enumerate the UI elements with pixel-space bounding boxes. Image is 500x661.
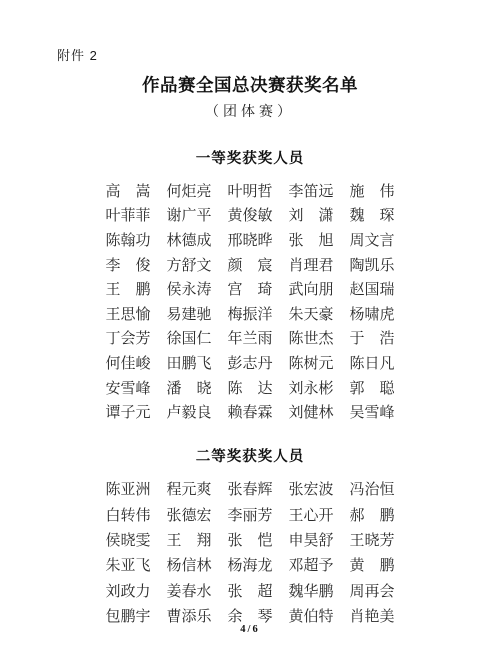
winner-name: 张宏波 bbox=[289, 478, 334, 499]
name-row: 陈翰功林德成邢晓晔张 旭周文言 bbox=[0, 227, 500, 252]
section-heading: 二等奖获奖人员 bbox=[0, 445, 500, 466]
winner-name: 陈翰功 bbox=[106, 229, 151, 250]
winner-name: 张春辉 bbox=[228, 478, 273, 499]
winner-name: 安雪峰 bbox=[106, 377, 151, 398]
winner-name: 林德成 bbox=[167, 229, 212, 250]
winner-name: 何佳峻 bbox=[106, 352, 151, 373]
winner-name: 张 旭 bbox=[289, 229, 334, 250]
winner-name: 易建驰 bbox=[167, 303, 212, 324]
name-row: 王思愉易建驰梅振洋朱天豪杨啸虎 bbox=[0, 301, 500, 326]
winner-name: 王 翔 bbox=[167, 529, 212, 550]
winner-name: 杨海龙 bbox=[228, 554, 273, 575]
winner-name: 陈树元 bbox=[289, 352, 334, 373]
winner-name: 何炬亮 bbox=[167, 180, 212, 201]
winner-name: 肖理君 bbox=[289, 254, 334, 275]
winner-name: 方舒文 bbox=[167, 254, 212, 275]
name-row: 陈亚洲程元爽张春辉张宏波冯治恒 bbox=[0, 476, 500, 501]
name-row: 李 俊方舒文颜 宸肖理君陶凯乐 bbox=[0, 252, 500, 277]
winner-name: 陈日凡 bbox=[350, 352, 395, 373]
winner-name: 王心开 bbox=[289, 504, 334, 525]
winner-name: 申昊舒 bbox=[289, 529, 334, 550]
winner-name: 黄伯特 bbox=[289, 605, 334, 626]
winner-name: 张德宏 bbox=[167, 504, 212, 525]
winner-name: 朱亚飞 bbox=[106, 554, 151, 575]
page-subtitle: （团体赛） bbox=[0, 101, 500, 121]
winner-name: 刘永彬 bbox=[289, 377, 334, 398]
winner-name: 张 超 bbox=[228, 580, 273, 601]
page-number: 4/6 bbox=[0, 624, 500, 635]
winner-name: 曹添乐 bbox=[167, 605, 212, 626]
winner-name: 陈 达 bbox=[228, 377, 273, 398]
page-title: 作品赛全国总决赛获奖名单 bbox=[0, 72, 500, 97]
winner-name: 程元爽 bbox=[167, 478, 212, 499]
award-section: 二等奖获奖人员陈亚洲程元爽张春辉张宏波冯治恒白转伟张德宏李丽芳王心开郝 鹏侯晓雯… bbox=[0, 445, 500, 628]
winner-name: 卢毅良 bbox=[167, 401, 212, 422]
name-row: 高 嵩何炬亮叶明哲李笛远施 伟 bbox=[0, 178, 500, 203]
name-row: 刘政力姜春水张 超魏华鹏周再会 bbox=[0, 578, 500, 603]
winner-name: 姜春水 bbox=[167, 580, 212, 601]
name-row: 叶菲菲谢广平黄俊敏刘 潇魏 琛 bbox=[0, 203, 500, 228]
winner-name: 包鹏宇 bbox=[106, 605, 151, 626]
winner-name: 徐国仁 bbox=[167, 327, 212, 348]
winner-name: 梅振洋 bbox=[228, 303, 273, 324]
name-row: 何佳峻田鹏飞彭志丹陈树元陈日凡 bbox=[0, 350, 500, 375]
name-row: 安雪峰潘 晓陈 达刘永彬郭 聪 bbox=[0, 375, 500, 400]
winner-name: 余 琴 bbox=[228, 605, 273, 626]
name-row: 侯晓雯王 翔张 恺申昊舒王晓芳 bbox=[0, 527, 500, 552]
winner-name: 李丽芳 bbox=[228, 504, 273, 525]
winner-name: 肖艳美 bbox=[350, 605, 395, 626]
document-page: 附件 2 作品赛全国总决赛获奖名单 （团体赛） 一等奖获奖人员高 嵩何炬亮叶明哲… bbox=[0, 0, 500, 661]
winner-name: 刘 潇 bbox=[289, 204, 334, 225]
winner-name: 陈亚洲 bbox=[106, 478, 151, 499]
name-row: 朱亚飞杨信林杨海龙邓超予黄 鹏 bbox=[0, 552, 500, 577]
award-sections: 一等奖获奖人员高 嵩何炬亮叶明哲李笛远施 伟叶菲菲谢广平黄俊敏刘 潇魏 琛陈翰功… bbox=[0, 147, 500, 628]
winner-name: 吴雪峰 bbox=[350, 401, 395, 422]
winner-name: 杨啸虎 bbox=[350, 303, 395, 324]
winner-name: 周文言 bbox=[350, 229, 395, 250]
winner-name: 谢广平 bbox=[167, 204, 212, 225]
winner-name: 刘政力 bbox=[106, 580, 151, 601]
winner-name: 朱天豪 bbox=[289, 303, 334, 324]
winner-name: 郭 聪 bbox=[350, 377, 395, 398]
winner-name: 魏华鹏 bbox=[289, 580, 334, 601]
winner-name: 颜 宸 bbox=[228, 254, 273, 275]
winner-name: 魏 琛 bbox=[350, 204, 395, 225]
winner-name: 邓超予 bbox=[289, 554, 334, 575]
winner-name: 白转伟 bbox=[106, 504, 151, 525]
name-row: 谭子元卢毅良赖春霖刘健林吴雪峰 bbox=[0, 399, 500, 424]
winner-name: 施 伟 bbox=[350, 180, 395, 201]
winner-name: 黄 鹏 bbox=[350, 554, 395, 575]
winner-name: 彭志丹 bbox=[228, 352, 273, 373]
attachment-label: 附件 2 bbox=[57, 45, 98, 64]
winner-name: 黄俊敏 bbox=[228, 204, 273, 225]
winner-name: 王思愉 bbox=[106, 303, 151, 324]
winner-name: 赖春霖 bbox=[228, 401, 273, 422]
winner-name: 宫 琦 bbox=[228, 278, 273, 299]
winner-name: 刘健林 bbox=[289, 401, 334, 422]
name-row: 白转伟张德宏李丽芳王心开郝 鹏 bbox=[0, 501, 500, 526]
name-row: 王 鹏侯永涛宫 琦武向朋赵国瑞 bbox=[0, 276, 500, 301]
section-heading: 一等奖获奖人员 bbox=[0, 147, 500, 168]
winner-name: 周再会 bbox=[350, 580, 395, 601]
winner-name: 李 俊 bbox=[106, 254, 151, 275]
winner-name: 郝 鹏 bbox=[350, 504, 395, 525]
winner-name: 谭子元 bbox=[106, 401, 151, 422]
winner-name: 邢晓晔 bbox=[228, 229, 273, 250]
winner-name: 于 浩 bbox=[350, 327, 395, 348]
winner-name: 田鹏飞 bbox=[167, 352, 212, 373]
winner-name: 杨信林 bbox=[167, 554, 212, 575]
winner-name: 叶菲菲 bbox=[106, 204, 151, 225]
winner-name: 王 鹏 bbox=[106, 278, 151, 299]
winner-name: 冯治恒 bbox=[350, 478, 395, 499]
winner-name: 赵国瑞 bbox=[350, 278, 395, 299]
name-row: 丁会芳徐国仁年兰雨陈世杰于 浩 bbox=[0, 326, 500, 351]
winner-name: 李笛远 bbox=[289, 180, 334, 201]
winner-name: 王晓芳 bbox=[350, 529, 395, 550]
award-section: 一等奖获奖人员高 嵩何炬亮叶明哲李笛远施 伟叶菲菲谢广平黄俊敏刘 潇魏 琛陈翰功… bbox=[0, 147, 500, 424]
winner-name: 年兰雨 bbox=[228, 327, 273, 348]
winner-name: 丁会芳 bbox=[106, 327, 151, 348]
winner-name: 潘 晓 bbox=[167, 377, 212, 398]
winner-name: 侯晓雯 bbox=[106, 529, 151, 550]
winner-name: 叶明哲 bbox=[228, 180, 273, 201]
winner-name: 陈世杰 bbox=[289, 327, 334, 348]
winner-name: 侯永涛 bbox=[167, 278, 212, 299]
winner-name: 武向朋 bbox=[289, 278, 334, 299]
winner-name: 张 恺 bbox=[228, 529, 273, 550]
winner-name: 陶凯乐 bbox=[350, 254, 395, 275]
winner-name: 高 嵩 bbox=[106, 180, 151, 201]
